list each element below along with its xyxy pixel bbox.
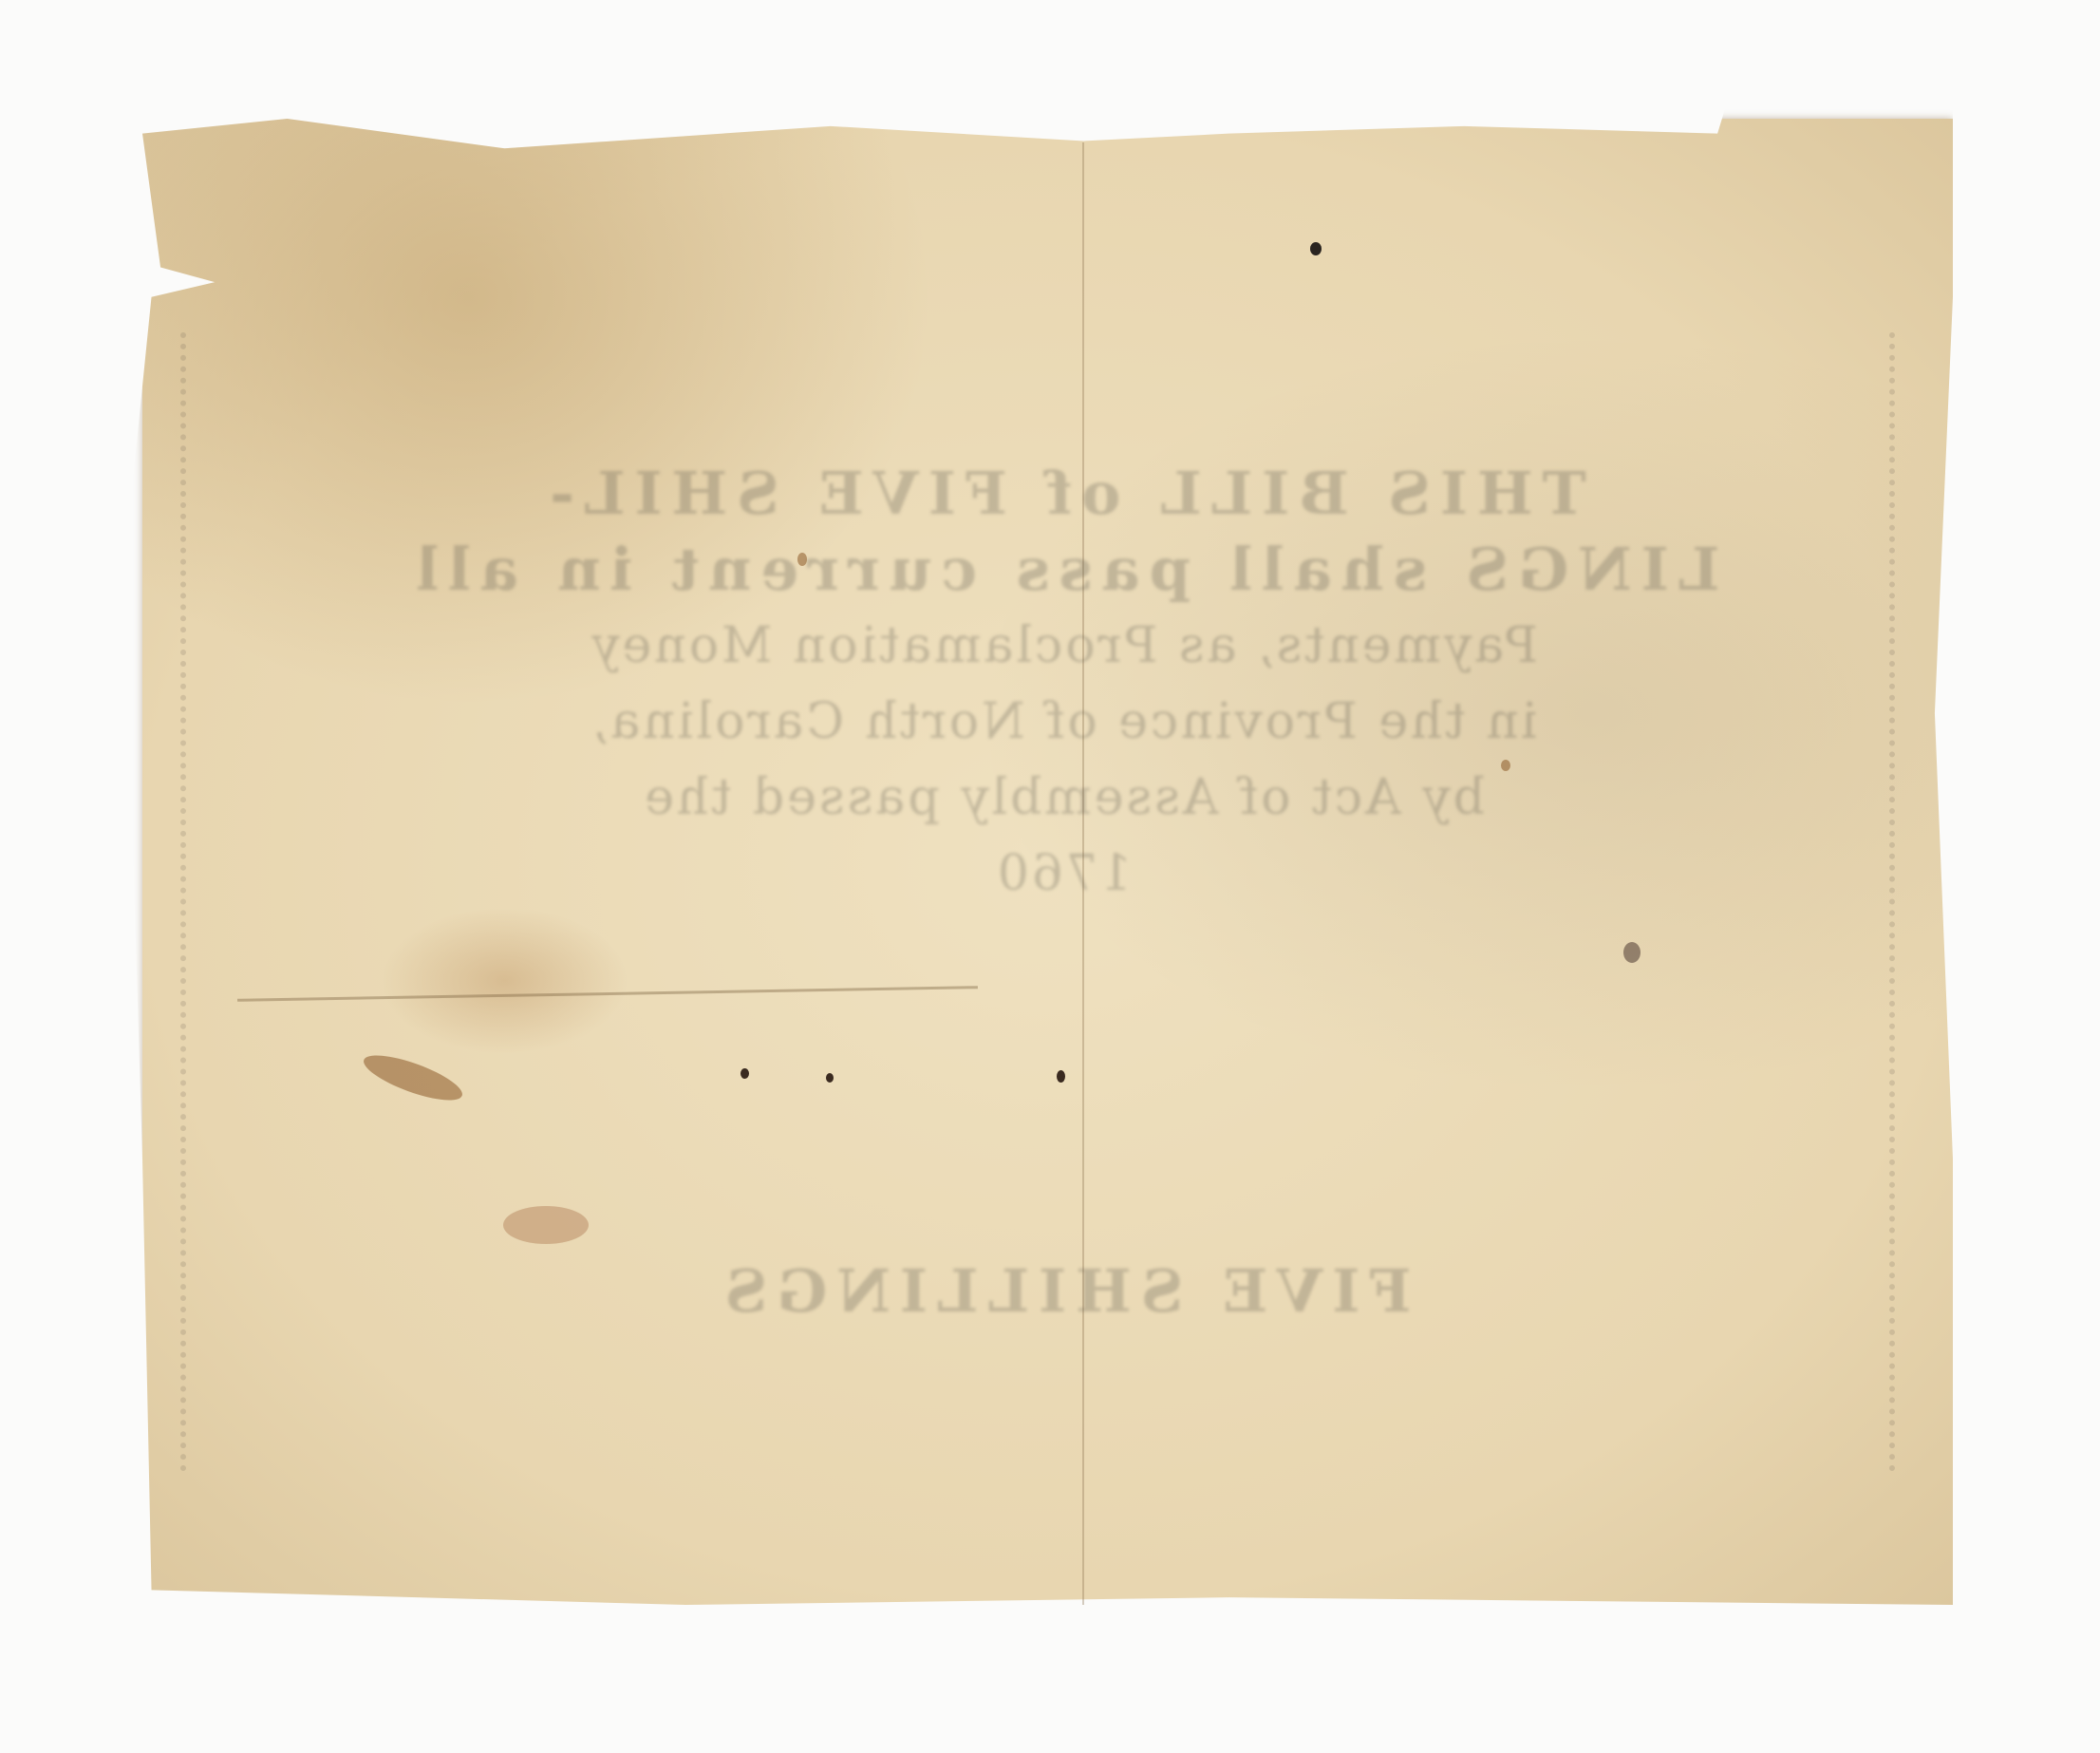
foxing-spot [1501, 760, 1510, 771]
bleed-line: LINGS shall pass current in all [285, 532, 1842, 608]
foxing-spot [741, 1068, 749, 1079]
bleed-line: in the Province of North Carolina, [285, 684, 1842, 760]
bleed-line: Payments, as Proclamation Money [285, 608, 1842, 684]
foxing-spot [1057, 1070, 1065, 1083]
foxing-spot [797, 553, 807, 566]
ornamental-border-left [180, 332, 224, 1472]
rust-stain [503, 1206, 589, 1244]
bleed-line: by Act of Assembly passed the [285, 760, 1842, 836]
foxing-spot [1623, 942, 1641, 963]
bleed-line: THIS BILL of FIVE SHIL- [285, 456, 1842, 532]
bleed-line: 1760 [285, 836, 1842, 912]
ink-spot [1310, 242, 1322, 255]
mirrored-bleed-through-text: THIS BILL of FIVE SHIL- LINGS shall pass… [285, 456, 1842, 1329]
ornamental-border-right [1889, 332, 1933, 1472]
bleed-line: FIVE SHILLINGS [285, 1253, 1842, 1329]
foxing-spot [826, 1073, 834, 1083]
